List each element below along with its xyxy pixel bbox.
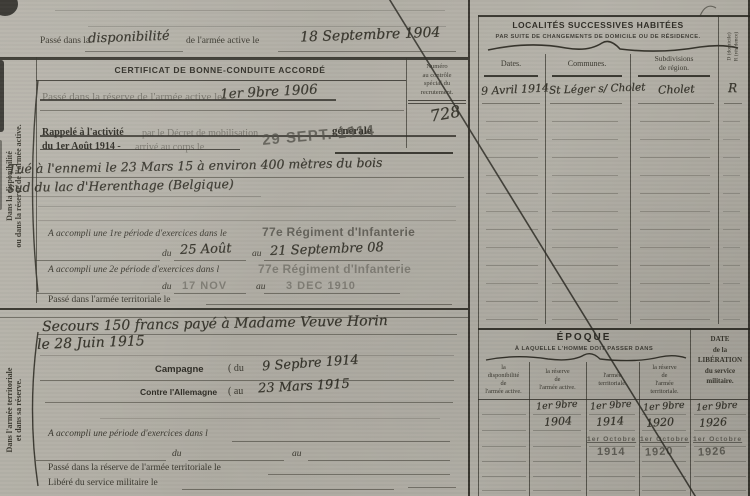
epoque-hw-reserve-month: 1er 9bre <box>536 400 578 413</box>
empty-row-line <box>486 229 538 230</box>
page-fold-line <box>468 0 470 496</box>
strike-line <box>40 135 456 137</box>
empty-row-line <box>552 175 618 176</box>
empty-row-line <box>723 139 740 140</box>
strike-line <box>40 99 336 101</box>
scan-smudge <box>0 0 18 16</box>
empty-row-line <box>533 490 581 491</box>
section-border <box>0 308 468 310</box>
empty-row-line <box>640 229 710 230</box>
ruled-line <box>232 441 450 442</box>
empty-row-line <box>723 157 740 158</box>
epoque-stamp-liberation-year: 1926 <box>698 446 727 459</box>
period2-to-stamp: 3 DEC 1910 <box>286 281 356 293</box>
empty-row-line <box>533 476 581 477</box>
ruled-line <box>45 402 453 403</box>
ruled-line <box>264 293 400 294</box>
scan-smudge <box>0 140 2 210</box>
hw-disponibilite: disponibilité <box>88 30 170 46</box>
empty-row-line <box>640 265 710 266</box>
empty-row-line <box>589 461 635 462</box>
localites-title: LOCALITÉS SUCCESSIVES HABITÉES <box>478 21 718 30</box>
hw-secours-line2: le 28 Juin 1915 <box>37 334 145 352</box>
localites-row-date: 9 Avril 1914 <box>481 82 550 97</box>
empty-row-line <box>723 247 740 248</box>
empty-row-line <box>552 229 618 230</box>
period2-label: A accompli une 2e période d'exercices da… <box>48 266 219 276</box>
ruled-line <box>100 418 440 419</box>
empty-row-line <box>486 193 538 194</box>
empty-row-line <box>552 265 618 266</box>
empty-row-line <box>694 461 746 462</box>
empty-row-line <box>533 461 581 462</box>
empty-row-line <box>723 265 740 266</box>
ruled-line <box>278 51 456 52</box>
ruled-line <box>268 474 450 475</box>
empty-row-line <box>486 175 538 176</box>
empty-row-line <box>694 476 746 477</box>
contre-allemagne-label: Contre l'Allemagne <box>140 388 217 397</box>
passe-disponibilite-suffix: de l'armée active le <box>186 37 259 47</box>
localites-col-subdivision: Subdivisions de région. <box>632 55 716 72</box>
empty-row-line <box>642 490 686 491</box>
localites-col-communes: Communes. <box>548 60 626 68</box>
empty-row-line <box>589 446 635 447</box>
empty-row-line <box>723 121 740 122</box>
localites-col-dates: Dates. <box>480 60 542 68</box>
empty-row-line <box>486 283 538 284</box>
passe-disponibilite-prefix: Passé dans la <box>40 37 90 47</box>
localites-squiggle-divider <box>488 41 738 51</box>
ruled-line <box>188 460 284 461</box>
ruled-line <box>408 487 456 488</box>
period2-du-label: du <box>162 283 172 293</box>
empty-row-line <box>552 283 618 284</box>
empty-row-line <box>486 157 538 158</box>
epoque-stamp-liberation-month: 1er Octobre <box>693 436 742 443</box>
header-rule <box>638 75 710 77</box>
empty-row-line <box>482 446 526 447</box>
empty-row-line <box>552 193 618 194</box>
table-border <box>478 15 750 17</box>
empty-row-line <box>486 265 538 266</box>
bottom-period-label: A accompli une période d'exercices dans … <box>48 430 208 440</box>
ruled-line <box>174 260 246 261</box>
empty-row-line <box>723 319 740 320</box>
empty-row-line <box>642 414 686 415</box>
empty-row-line <box>533 414 581 415</box>
empty-row-line <box>723 211 740 212</box>
ruled-line <box>6 196 261 197</box>
ruled-line <box>38 220 456 221</box>
epoque-col-territoriale: l'armée territoriale. <box>587 372 638 388</box>
empty-row-line <box>486 247 538 248</box>
period2-au-label: au <box>256 283 266 293</box>
ruled-line <box>264 260 400 261</box>
empty-row-line <box>482 430 526 431</box>
military-record-card: Dans la disponibilité ou dans la réserve… <box>0 0 750 496</box>
numero-controle-label: Numéro au contrôle spécial du recrutemen… <box>409 63 465 97</box>
empty-row-line <box>640 301 710 302</box>
period1-label: A accompli une 1re période d'exercices d… <box>48 230 227 240</box>
localites-row-commune: St Léger s/ Cholet <box>549 82 646 96</box>
empty-row-line <box>642 461 686 462</box>
ruled-line <box>308 460 450 461</box>
localites-col-domicile-residence: D (domicile) R (résidence) <box>727 15 740 79</box>
rappele-date-bold: du 1er Août 1914 - <box>42 142 121 153</box>
ruled-line <box>36 260 160 261</box>
epoque-col-reserve-active: la réserve de l'armée active. <box>530 368 585 392</box>
ruled-line <box>85 51 183 52</box>
empty-row-line <box>533 446 581 447</box>
column-line <box>545 54 546 324</box>
ruled-line <box>36 460 166 461</box>
bottom-du-label: du <box>172 450 182 460</box>
empty-row-line <box>552 121 618 122</box>
empty-row-line <box>552 301 618 302</box>
table-border <box>478 328 750 330</box>
empty-row-line <box>723 229 740 230</box>
empty-row-line <box>589 430 635 431</box>
column-line <box>718 15 719 324</box>
margin-label-territorial-army: Dans l'armée territoriale et dans sa rés… <box>5 320 23 496</box>
period1-regiment-stamp: 77e Régiment d'Infanterie <box>262 226 415 239</box>
numero-controle-value: 728 <box>429 103 462 125</box>
arrival-date-stamp: 29 SEPT. 1914 <box>262 123 376 149</box>
empty-row-line <box>552 319 618 320</box>
ruled-line <box>550 103 622 104</box>
epoque-stamp-territoriale-month: 1er Octobre <box>587 436 636 443</box>
empty-row-line <box>642 446 686 447</box>
localites-row-dr: R <box>728 82 737 95</box>
empty-row-line <box>486 301 538 302</box>
empty-row-line <box>640 247 710 248</box>
column-line <box>630 54 631 324</box>
column-line <box>690 328 691 496</box>
ruled-line <box>40 380 454 381</box>
epoque-hw-territoriale-year: 1914 <box>596 415 625 428</box>
period2-regiment-stamp: 77e Régiment d'Infanterie <box>258 263 411 276</box>
epoque-hw-reserve-year: 1904 <box>544 415 573 428</box>
empty-row-line <box>640 121 710 122</box>
libere-label: Libéré du service militaire le <box>48 479 158 489</box>
hw-period1-from: 25 Août <box>180 242 232 257</box>
ruled-line <box>724 103 742 104</box>
hw-death-note-line2: sud du lac d'Herenthage (Belgique) <box>8 177 234 194</box>
epoque-stamp-reserve-terr-year: 1920 <box>645 446 674 459</box>
localites-row-subdivision: Cholet <box>658 83 695 96</box>
empty-row-line <box>694 490 746 491</box>
empty-row-line <box>694 430 746 431</box>
ruled-line <box>55 10 445 11</box>
empty-row-line <box>486 319 538 320</box>
box-border <box>36 80 406 81</box>
empty-row-line <box>640 283 710 284</box>
strike-line <box>40 149 240 150</box>
empty-row-line <box>552 139 618 140</box>
empty-row-line <box>723 283 740 284</box>
empty-row-line <box>640 157 710 158</box>
empty-row-line <box>694 414 746 415</box>
hw-campagne-from: 9 Sepbre 1914 <box>262 354 359 374</box>
campagne-du-label: ( du <box>228 364 244 375</box>
bottom-au-label: au <box>292 450 302 460</box>
empty-row-line <box>723 175 740 176</box>
empty-row-line <box>482 461 526 462</box>
period1-au-label: au <box>252 250 262 260</box>
hw-disponibilite-date: 18 Septembre 1904 <box>300 26 441 46</box>
epoque-col-date-liberation: DATE de la LIBÉRATION du service militai… <box>692 334 748 387</box>
empty-row-line <box>640 175 710 176</box>
epoque-col-disponibilite: la disponibilité de l'armée active. <box>479 364 528 396</box>
epoque-hw-reserve-terr-year: 1920 <box>646 416 675 429</box>
ruled-line <box>40 355 454 356</box>
empty-row-line <box>640 193 710 194</box>
epoque-subtitle: À LAQUELLE L'HOMME DOIT PASSER DANS <box>478 346 690 352</box>
empty-row-line <box>694 446 746 447</box>
campagne-au-label: ( au <box>228 387 243 398</box>
empty-row-line <box>486 121 538 122</box>
stamp-underline <box>335 152 453 154</box>
empty-row-line <box>642 430 686 431</box>
localites-subtitle: PAR SUITE DE CHANGEMENTS DE DOMICILE OU … <box>478 34 718 40</box>
hw-campagne-to: 23 Mars 1915 <box>258 378 350 396</box>
empty-row-line <box>640 211 710 212</box>
epoque-hw-territoriale-month: 1er 9bre <box>590 400 632 413</box>
epoque-hw-liberation-year: 1926 <box>699 416 728 429</box>
empty-row-line <box>552 157 618 158</box>
empty-row-line <box>723 193 740 194</box>
ruled-line <box>638 103 714 104</box>
period2-from-stamp: 17 NOV <box>182 281 227 293</box>
campagne-label: Campagne <box>155 365 204 375</box>
territorial-army-label: Passé dans l'armée territoriale le <box>48 296 171 306</box>
header-rule <box>484 75 538 77</box>
reserve-territoriale-label: Passé dans la réserve de l'armée territo… <box>48 464 221 474</box>
empty-row-line <box>589 490 635 491</box>
empty-row-line <box>642 476 686 477</box>
certificate-title: CERTIFICAT DE BONNE-CONDUITE ACCORDÉ <box>100 66 340 75</box>
table-border <box>478 15 479 496</box>
empty-row-line <box>482 476 526 477</box>
empty-row-line <box>486 139 538 140</box>
empty-row-line <box>640 139 710 140</box>
epoque-col-reserve-territoriale: la réserve de l'armée territoriale. <box>640 364 689 396</box>
epoque-hw-liberation-month: 1er 9bre <box>696 401 738 414</box>
ruled-line <box>174 293 246 294</box>
hw-death-note-line1: Tué à l'ennemi le 23 Mars 15 à environ 4… <box>8 156 383 176</box>
empty-row-line <box>640 319 710 320</box>
epoque-stamp-reserve-terr-month: 1er Octobre <box>640 436 689 443</box>
epoque-hw-reserve-terr-month: 1er 9bre <box>643 401 685 414</box>
empty-row-line <box>482 414 526 415</box>
section-border <box>0 57 468 60</box>
empty-row-line <box>589 414 635 415</box>
ruled-line <box>36 293 160 294</box>
hw-period1-to: 21 Septembre 08 <box>270 241 384 259</box>
epoque-title: ÉPOQUE <box>478 333 690 344</box>
scan-smudge <box>0 60 4 132</box>
empty-row-line <box>482 490 526 491</box>
ruled-line <box>40 110 404 111</box>
empty-row-line <box>589 476 635 477</box>
empty-row-line <box>486 211 538 212</box>
ruled-line <box>482 103 540 104</box>
header-rule <box>552 75 622 77</box>
margin-brace-lower <box>33 332 39 486</box>
empty-row-line <box>552 247 618 248</box>
passe-reserve-label: Passé dans la réserve de l'armée active … <box>42 92 222 104</box>
empty-row-line <box>552 211 618 212</box>
empty-row-line <box>723 301 740 302</box>
period1-du-label: du <box>162 250 172 260</box>
epoque-squiggle-divider <box>486 354 686 361</box>
epoque-stamp-territoriale-year: 1914 <box>597 447 625 459</box>
ruled-line <box>206 304 452 305</box>
ruled-line <box>38 206 456 207</box>
empty-row-line <box>533 430 581 431</box>
ruled-line <box>182 489 394 490</box>
